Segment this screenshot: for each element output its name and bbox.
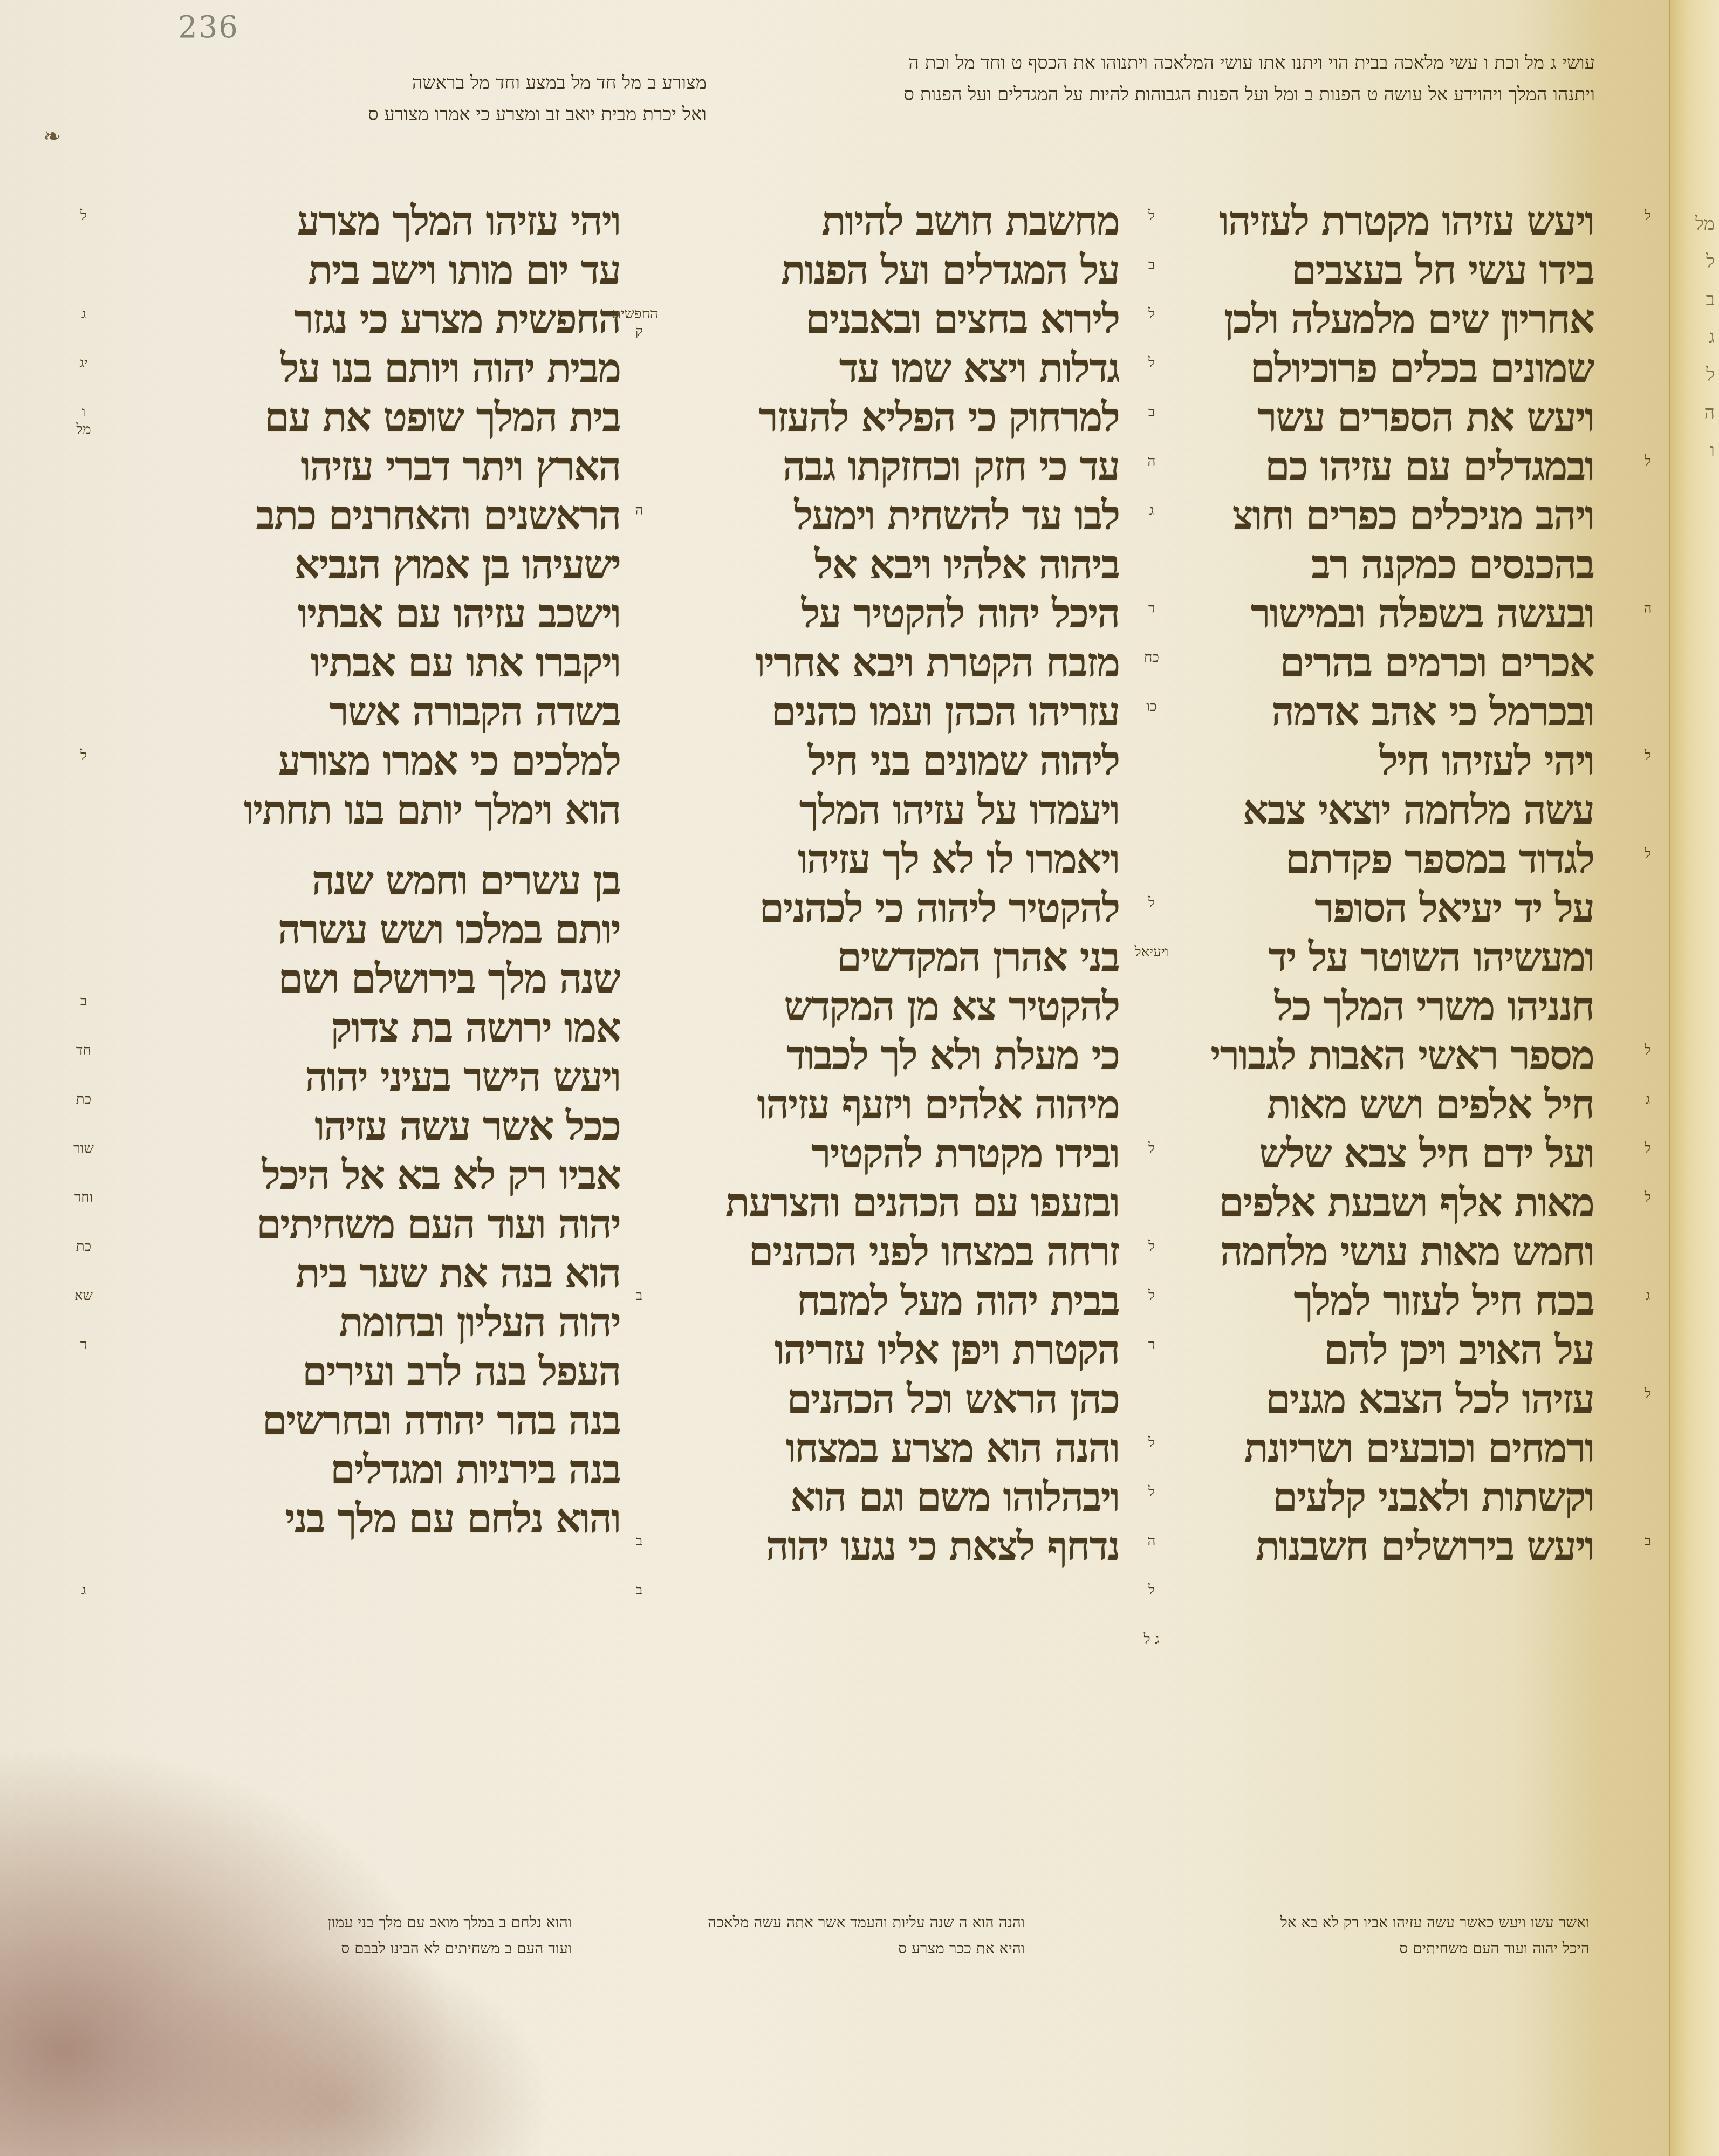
masorah-parva-note: ה [620,502,658,518]
gutter-note: מל [1682,205,1715,243]
text-line: בבית יהוה מעל למזבח [677,1277,1119,1326]
text-line: ויהי עזיהו המלך מצרע [178,197,620,246]
masorah-magna-bottom-middle: והנה הוא ה שנה עליות והעמד אשר אתה עשה מ… [636,1909,1025,1961]
text-line: ישעיהו בן אמוץ הנביא [178,540,620,590]
facing-page-masorah: מללבגלהו [1682,205,1715,469]
masorah-parva-note: ג [65,306,102,322]
text-line: עד כי חזק וכחזקתו גבה [677,442,1119,491]
text-line: בן עשרים וחמש שנה [178,857,620,906]
masorah-parva-note: ב [1133,257,1170,273]
folio-number: 236 [178,10,239,45]
text-line: הוא וימלך יותם בנו תחתיו [178,786,620,835]
masorah-parva-note: ג ל [1133,1631,1170,1647]
gutter-note: ב [1682,280,1715,318]
text-line: הוא בנה את שער בית [178,1249,620,1298]
masorah-parva-note: ו [65,404,102,420]
masorah-parva-note: ב [620,1582,658,1598]
text-line: ויאמרו לו לא לך עזיהו [677,835,1119,884]
text-line: בני אהרן המקדשים [677,933,1119,982]
text-line: בנה בירניות ומגדלים [178,1446,620,1495]
text-line: ככל אשר עשה עזיהו [178,1102,620,1151]
text-line: העפל בנה לרב ועירים [178,1347,620,1397]
text-line: מזבח הקטרת ויבא אחריו [677,639,1119,688]
masorah-parva-note: ק [620,323,658,339]
masorah-parva-note: ל [1133,1484,1170,1500]
text-line: והוא נלחם עם מלך בני [178,1495,620,1544]
text-line: עזיהו לכל הצבא מגנים [1200,1375,1594,1424]
masorah-parva-note: ד [65,1337,102,1353]
masorah-line: והוא נלחם ב במלך מואב עם מלך בני עמון [162,1909,572,1935]
text-line: לבו עד להשחית וימעל [677,491,1119,540]
text-line: בהכנסים כמקנה רב [1200,540,1594,590]
masorah-line: והנה הוא ה שנה עליות והעמד אשר אתה עשה מ… [636,1909,1025,1935]
text-column-middle: מחשבת חושב להיותעל המגדלים ועל הפנותלירו… [677,197,1119,1571]
text-line: ליהוה שמונים בני חיל [677,737,1119,786]
text-line: לגדוד במספר פקדתם [1200,835,1594,884]
masorah-parva-note: ה [1629,600,1667,617]
text-line: ויעש הישר בעיני יהוה [178,1053,620,1102]
text-line: ויעש עזיהו מקטרת לעזיהו [1200,197,1594,246]
masorah-parva-note: ל [1133,208,1170,224]
masorah-parva-note: ויעיאל [1133,944,1170,960]
masorah-parva-note: חד [65,1042,102,1058]
masorah-line: עושי ג מל וכת ו עשי מלאכה בבית הוי ויתנו… [570,47,1595,79]
masorah-parva-note: ל [1629,1189,1667,1206]
text-line: בכח חיל לעזור למלך [1200,1277,1594,1326]
text-line: חנניהו משרי המלך כל [1200,982,1594,1031]
text-line: על המגדלים ועל הפנות [677,246,1119,295]
text-column-left: ויהי עזיהו המלך מצרעעד יום מותו וישב בית… [178,197,620,1544]
text-line: הקטרת ויפן אליו עזריהו [677,1326,1119,1375]
masorah-parva-note: ל [1133,1140,1170,1156]
text-line: עזריהו הכהן ועמו כהנים [677,688,1119,737]
masorah-parva-note: החפשית [620,306,658,322]
text-line: עד יום מותו וישב בית [178,246,620,295]
masorah-parva-note: ד [1133,1337,1170,1353]
masorah-parva-note: ל [1629,846,1667,862]
masorah-parva-note: ג [65,1582,102,1598]
text-line: למלכים כי אמרו מצורע [178,737,620,786]
masorah-line: ויתנהו המלך ויהוידע אל עושה ט הפנות ב ומ… [570,79,1595,110]
section-break [178,835,620,857]
text-line: אכרים וכרמים בהרים [1200,639,1594,688]
text-line: שמונים בכלים פרוכיולם [1200,344,1594,393]
masorah-line: מצורע ב מל חד מל במצע וחד מל בראשה [146,67,707,99]
masorah-parva-note: ה [1133,1533,1170,1549]
text-line: ובזעפו עם הכהנים והצרעת [677,1179,1119,1228]
text-line: ובעשה בשפלה ובמישור [1200,590,1594,639]
masorah-magna-top-right: עושי ג מל וכת ו עשי מלאכה בבית הוי ויתנו… [570,47,1595,110]
masorah-parva-note: ל [1133,355,1170,371]
text-line: יותם במלכו ושש עשרה [178,906,620,955]
text-column-right: ויעש עזיהו מקטרת לעזיהובידו עשי חל בעצבי… [1200,197,1594,1571]
text-line: ביהוה אלהיו ויבא אל [677,540,1119,590]
text-line: ויהב מניכלים כפרים וחוצ [1200,491,1594,540]
masorah-magna-bottom-left: והוא נלחם ב במלך מואב עם מלך בני עמון וע… [162,1909,572,1961]
masorah-magna-top-left: מצורע ב מל חד מל במצע וחד מל בראשה ואל י… [146,67,707,130]
masorah-line: היכל יהוה ועוד העם משחיתים ס [1201,1935,1590,1961]
text-line: אחריון שים מלמעלה ולכן [1200,295,1594,344]
masorah-parva-note: ל [1629,453,1667,469]
masorah-parva-note: ב [620,1533,658,1549]
text-line: בידו עשי חל בעצבים [1200,246,1594,295]
text-line: הראשנים והאחרנים כתב [178,491,620,540]
masorah-parva-note: ה [1133,453,1170,469]
masorah-parva-note: ג [1133,502,1170,518]
masorah-line: ואשר עשו ויעש כאשר עשה עזיהו אביו רק לא … [1201,1909,1590,1935]
masorah-parva-note: ל [1133,1288,1170,1304]
text-line: ובמגדלים עם עזיהו כם [1200,442,1594,491]
text-line: נדחף לצאת כי נגעו יהוה [677,1522,1119,1571]
text-line: כהן הראש וכל הכהנים [677,1375,1119,1424]
masorah-parva-note: כת [65,1238,102,1255]
text-line: ומעשיהו השוטר על יד [1200,933,1594,982]
text-line: אמו ירושה בת צדוק [178,1004,620,1053]
text-line: אביו רק לא בא אל היכל [178,1151,620,1200]
masorah-parva-note: ל [1133,306,1170,322]
text-line: מאות אלף ושבעת אלפים [1200,1179,1594,1228]
text-line: יהוה העליון ובחומת [178,1298,620,1347]
masorah-parva-note: ל [1133,1435,1170,1451]
text-line: חיל אלפים ושש מאות [1200,1080,1594,1130]
masorah-parva-note: שא [65,1288,102,1304]
masorah-line: ואל יכרת מבית יואב זב ומצרע כי אמרו מצור… [146,99,707,130]
text-line: גדלות ויצא שמו עד [677,344,1119,393]
masorah-parva-note: ל [65,748,102,764]
gutter-note: ג [1682,318,1715,356]
text-line: ויבהלוהו משם וגם הוא [677,1473,1119,1522]
masorah-magna-bottom-right: ואשר עשו ויעש כאשר עשה עזיהו אביו רק לא … [1201,1909,1590,1961]
text-line: והנה הוא מצרע במצחו [677,1424,1119,1473]
masorah-parva-note: ל [1629,1140,1667,1156]
masorah-parva-note: ג [1629,1091,1667,1107]
text-line: וישכב עזיהו עם אבתיו [178,590,620,639]
text-line: ובידו מקטרת להקטיר [677,1130,1119,1179]
masorah-parva-note: ל [1133,895,1170,911]
text-line: היכל יהוה להקטיר על [677,590,1119,639]
binding-gutter: מללבגלהו [1669,0,1719,2156]
text-line: ויהי לעזיהו חיל [1200,737,1594,786]
text-line: וחמש מאות עושי מלחמה [1200,1228,1594,1277]
masorah-parva-note: ב [65,993,102,1009]
text-line: לירוא בחצים ובאבנים [677,295,1119,344]
text-line: ועל ידם חיל צבא שלש [1200,1130,1594,1179]
text-line: על יד יעיאל הסופר [1200,884,1594,933]
text-line: ויעמדו על עזיהו המלך [677,786,1119,835]
ink-blot-icon: ❧ [43,124,61,149]
text-line: עשה מלחמה יוצאי צבא [1200,786,1594,835]
text-line: זרחה במצחו לפני הכהנים [677,1228,1119,1277]
text-line: מבית יהוה ויותם בנו על [178,344,620,393]
text-line: בית המלך שופט את עם [178,393,620,442]
text-line: להקטיר צא מן המקדש [677,982,1119,1031]
masorah-parva-note: כו [1133,699,1170,715]
masorah-parva-note: ל [65,208,102,224]
masorah-parva-note: וחד [65,1189,102,1206]
masorah-parva-note: ב [620,1288,658,1304]
masorah-line: והיא את ככר מצרע ס [636,1935,1025,1961]
text-line: מחשבת חושב להיות [677,197,1119,246]
masorah-parva-note: ל [1629,208,1667,224]
masorah-parva-note: כת [65,1091,102,1107]
text-line: החפשית מצרע כי נגזר [178,295,620,344]
text-line: מספר ראשי האבות לגבורי [1200,1031,1594,1080]
masorah-parva-note: כח [1133,649,1170,666]
masorah-parva-note: ב [1133,404,1170,420]
text-line: שנה מלך בירושלם ושם [178,955,620,1004]
text-line: הארץ ויתר דברי עזיהו [178,442,620,491]
text-line: ובכרמל כי אהב אדמה [1200,688,1594,737]
masorah-parva-note: יג [65,355,102,371]
text-line: למרחוק כי הפליא להעזר [677,393,1119,442]
gutter-note: ל [1682,356,1715,394]
text-line: כי מעלת ולא לך לכבוד [677,1031,1119,1080]
masorah-parva-note: ב [1629,1533,1667,1549]
text-line: מיהוה אלהים ויזעף עזיהו [677,1080,1119,1130]
text-line: ורמחים וכובעים ושריונת [1200,1424,1594,1473]
masorah-parva-note: ל [1629,1386,1667,1402]
gutter-note: ה [1682,394,1715,432]
text-line: בנה בהר יהודה ובחרשים [178,1397,620,1446]
masorah-parva-note: ג [1629,1288,1667,1304]
text-line: ויעש בירושלים חשבנות [1200,1522,1594,1571]
masorah-parva-note: ל [1133,1582,1170,1598]
gutter-note: ו [1682,432,1715,469]
masorah-parva-note: ל [1629,748,1667,764]
text-line: בשדה הקבורה אשר [178,688,620,737]
text-line: וקשתות ולאבני קלעים [1200,1473,1594,1522]
text-line: על האויב ויכן להם [1200,1326,1594,1375]
masorah-line: ועוד העם ב משחיתים לא הבינו לבבם ס [162,1935,572,1961]
masorah-parva-note: שור [65,1140,102,1156]
text-line: ויקברו אתו עם אבתיו [178,639,620,688]
masorah-parva-note: ל [1629,1042,1667,1058]
text-line: להקטיר ליהוה כי לכהנים [677,884,1119,933]
text-line: ויעש את הספרים עשר [1200,393,1594,442]
gutter-note: ל [1682,243,1715,280]
text-line: יהוה ועוד העם משחיתים [178,1200,620,1249]
masorah-parva-note: מל [65,421,102,437]
masorah-parva-note: ל [1133,1238,1170,1255]
masorah-parva-note: ד [1133,600,1170,617]
